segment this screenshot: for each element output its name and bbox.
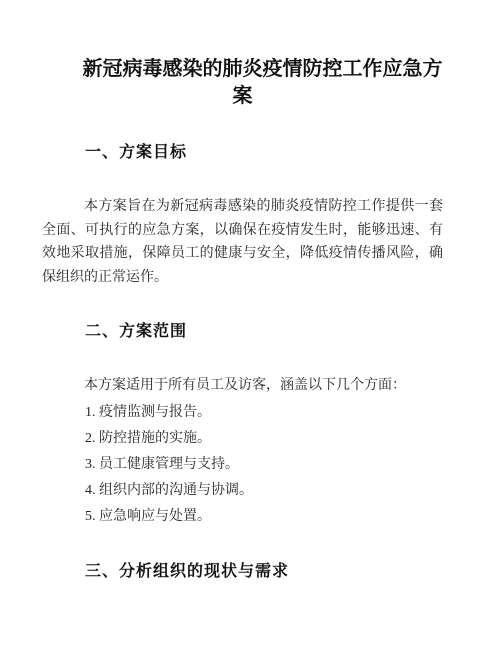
list-item-4: 4. 组织内部的沟通与协调。 <box>85 479 443 503</box>
section-heading-2: 二、方案范围 <box>85 321 443 343</box>
section-2-intro: 本方案适用于所有员工及访客，涵盖以下几个方面： <box>42 374 443 398</box>
section-1-paragraph: 本方案旨在为新冠病毒感染的肺炎疫情防控工作提供一套全面、可执行的应急方案，以确保… <box>42 195 443 289</box>
list-item-3: 3. 员工健康管理与支持。 <box>85 453 443 477</box>
section-heading-1: 一、方案目标 <box>85 142 443 164</box>
list-item-2: 2. 防控措施的实施。 <box>85 427 443 451</box>
list-item-1: 1. 疫情监测与报告。 <box>85 401 443 425</box>
section-heading-3: 三、分析组织的现状与需求 <box>85 561 443 583</box>
document-page: 新冠病毒感染的肺炎疫情防控工作应急方案 一、方案目标 本方案旨在为新冠病毒感染的… <box>0 0 500 647</box>
section-2-list: 1. 疫情监测与报告。 2. 防控措施的实施。 3. 员工健康管理与支持。 4.… <box>42 401 443 529</box>
list-item-5: 5. 应急响应与处置。 <box>85 505 443 529</box>
document-title: 新冠病毒感染的肺炎疫情防控工作应急方案 <box>42 56 443 110</box>
